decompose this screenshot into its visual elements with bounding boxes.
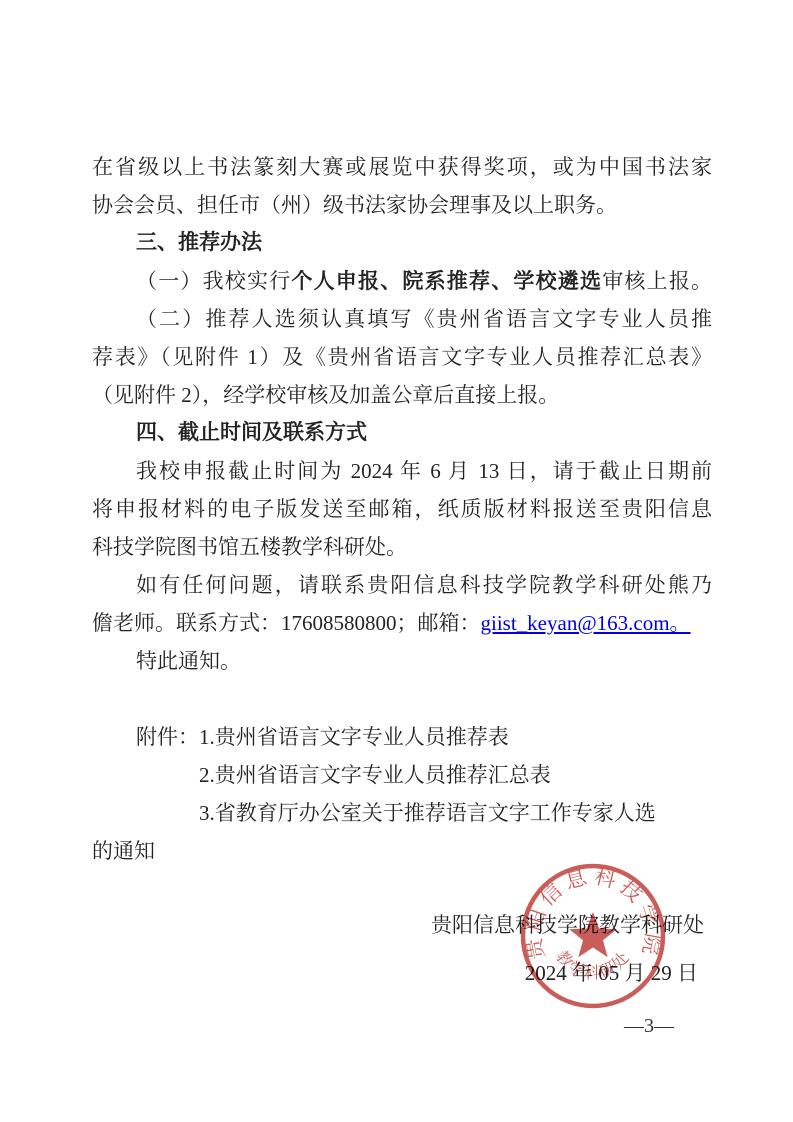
attachments-line: 附件：1.贵州省语言文字专业人员推荐表: [92, 718, 712, 756]
body-text: 如有任何问题，请联系贵阳信息科技学院教学科研处熊乃: [136, 573, 712, 597]
body-text: 儋老师。联系方式：17608580800；邮箱：: [92, 611, 481, 635]
signature-text: 贵阳信息科技学院教学科研处: [431, 913, 704, 937]
paragraph-line: 如有任何问题，请联系贵阳信息科技学院教学科研处熊乃: [92, 566, 712, 604]
paragraph-line: 科技学院图书馆五楼教学科研处。: [92, 528, 712, 566]
paragraph-line: 将申报材料的电子版发送至邮箱，纸质版材料报送至贵阳信息: [92, 490, 712, 528]
closing-line: 特此通知。: [92, 642, 712, 680]
body-text: 协会会员、担任市（州）级书法家协会理事及以上职务。: [92, 193, 617, 217]
paragraph-line: 协会会员、担任市（州）级书法家协会理事及以上职务。: [92, 186, 712, 224]
body-text: （二）推荐人选须认真填写《贵州省语言文字专业人员推: [136, 307, 712, 331]
date-text: 2024 年 05 月 29 日: [525, 961, 698, 985]
section-heading-4: 四、截止时间及联系方式: [92, 414, 712, 452]
body-text: 将申报材料的电子版发送至邮箱，纸质版材料报送至贵阳信息: [92, 497, 712, 521]
paragraph-line: （见附件 2），经学校审核及加盖公章后直接上报。: [92, 376, 712, 414]
attachments-line: 2.贵州省语言文字专业人员推荐汇总表: [92, 756, 712, 794]
paragraph-line: （一）我校实行个人申报、院系推荐、学校遴选审核上报。: [92, 262, 712, 300]
blank-line: [92, 680, 712, 718]
attachments-line: 的通知: [92, 832, 712, 870]
signature-date: 2024 年 05 月 29 日: [92, 958, 712, 988]
section-heading-3: 三、推荐办法: [92, 224, 712, 262]
paragraph-line: 儋老师。联系方式：17608580800；邮箱：giist_keyan@163.…: [92, 604, 712, 642]
attachment-item: 3.省教育厅办公室关于推荐语言文字工作专家人选: [199, 801, 656, 825]
attachment-item: 的通知: [92, 839, 155, 863]
paragraph-line: 荐表》（见附件 1）及《贵州省语言文字专业人员推荐汇总表》: [92, 338, 712, 376]
document-body: 在省级以上书法篆刻大赛或展览中获得奖项，或为中国书法家 协会会员、担任市（州）级…: [92, 148, 712, 988]
body-text: 特此通知。: [136, 649, 241, 673]
body-text: 我校申报截止时间为 2024 年 6 月 13 日，请于截止日期前: [136, 459, 712, 483]
body-text: （见附件 2），经学校审核及加盖公章后直接上报。: [92, 383, 559, 407]
body-text: 审核上报。: [602, 269, 712, 293]
attachment-item: 1.贵州省语言文字专业人员推荐表: [199, 725, 509, 749]
attachment-item: 2.贵州省语言文字专业人员推荐汇总表: [199, 763, 551, 787]
paragraph-line: 我校申报截止时间为 2024 年 6 月 13 日，请于截止日期前: [92, 452, 712, 490]
page-number: —3—: [624, 1013, 674, 1039]
paragraph-line: （二）推荐人选须认真填写《贵州省语言文字专业人员推: [92, 300, 712, 338]
body-text: 在省级以上书法篆刻大赛或展览中获得奖项，或为中国书法家: [92, 155, 712, 179]
signature-department: 贵阳信息科技学院教学科研处: [92, 910, 712, 940]
emphasized-text: 个人申报、院系推荐、学校遴选: [291, 270, 602, 293]
heading-text: 四、截止时间及联系方式: [136, 421, 367, 444]
body-text: （一）我校实行: [136, 269, 291, 293]
attachments-line: 3.省教育厅办公室关于推荐语言文字工作专家人选: [92, 794, 712, 832]
email-link[interactable]: giist_keyan@163.com。: [481, 611, 691, 635]
document-page: 在省级以上书法篆刻大赛或展览中获得奖项，或为中国书法家 协会会员、担任市（州）级…: [0, 0, 793, 1122]
paragraph-line: 在省级以上书法篆刻大赛或展览中获得奖项，或为中国书法家: [92, 148, 712, 186]
body-text: 荐表》（见附件 1）及《贵州省语言文字专业人员推荐汇总表》: [92, 345, 712, 369]
heading-text: 三、推荐办法: [136, 231, 262, 254]
body-text: 科技学院图书馆五楼教学科研处。: [92, 535, 407, 559]
attachments-label: 附件：: [136, 725, 199, 749]
